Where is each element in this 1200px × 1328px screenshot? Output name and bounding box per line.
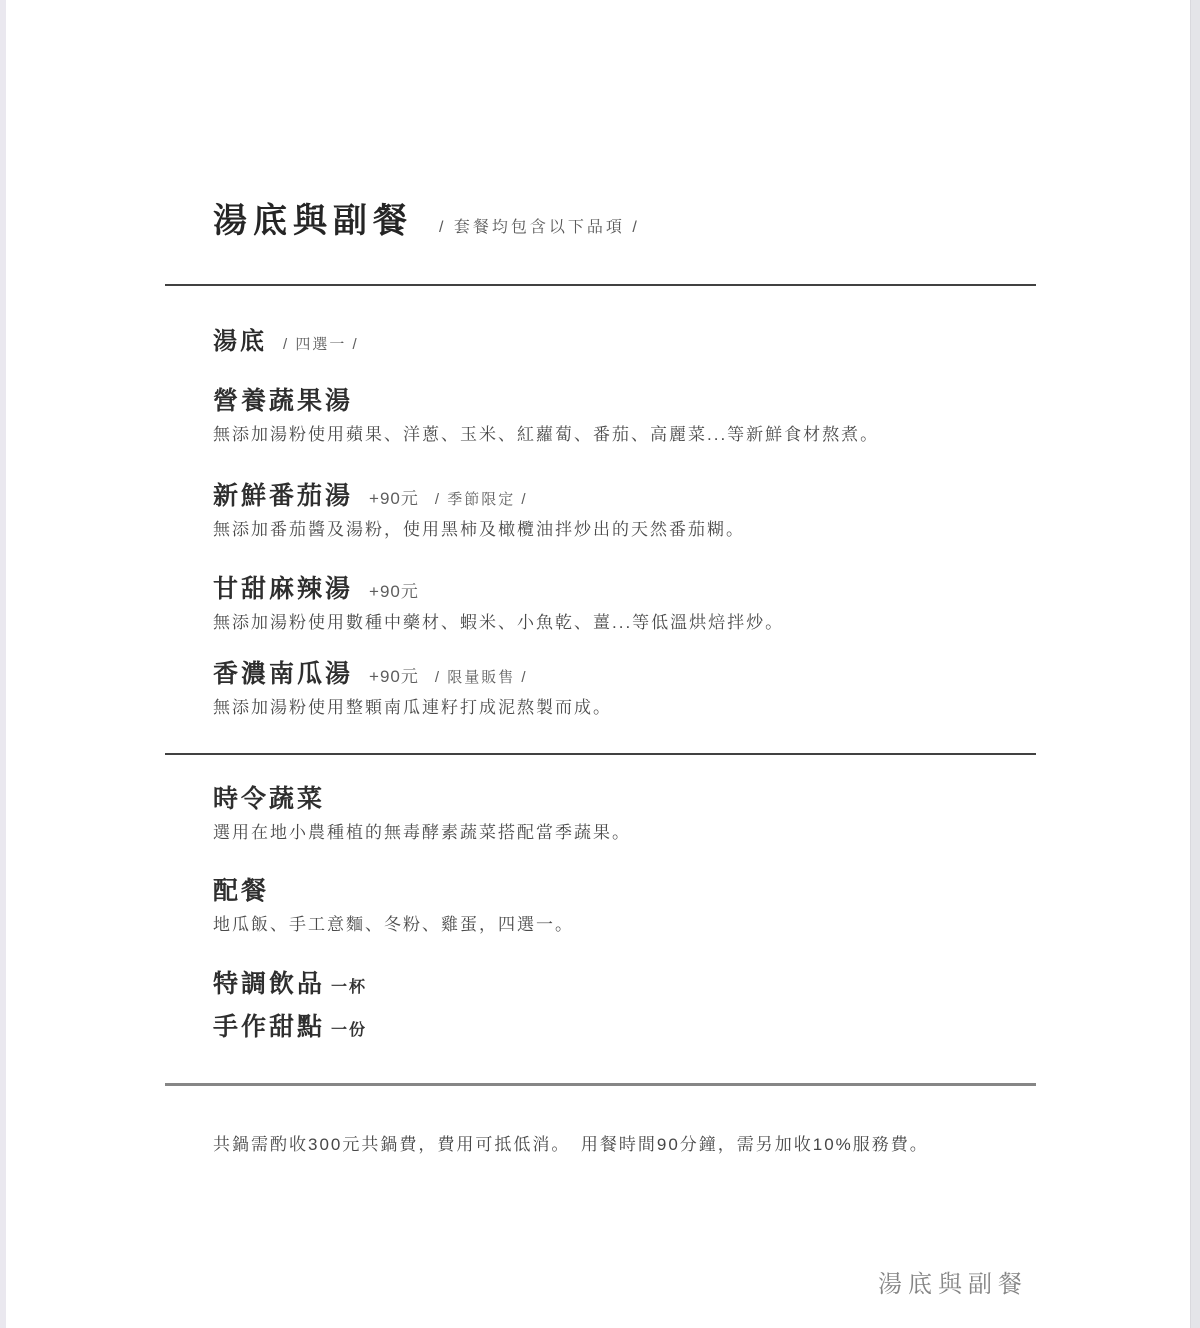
item-name-row: 手作甜點 一份 (213, 1011, 367, 1043)
item-price: +90元 (369, 662, 419, 687)
item-note: / 季節限定 / (435, 488, 528, 509)
soup-section-note: / 四選一 / (283, 333, 359, 354)
item-name: 香濃南瓜湯 (213, 658, 353, 690)
item-name: 手作甜點 (213, 1011, 325, 1043)
item-price: +90元 (369, 484, 419, 509)
menu-item-pumpkin-soup: 香濃南瓜湯 +90元 / 限量販售 / 無添加湯粉使用整顆南瓜連籽打成泥熬製而成… (213, 658, 612, 719)
item-description: 無添加湯粉使用整顆南瓜連籽打成泥熬製而成。 (213, 697, 612, 719)
divider-middle (165, 753, 1036, 755)
menu-page: 湯底與副餐 / 套餐均包含以下品項 / 湯底 / 四選一 / 營養蔬果湯 無添加… (0, 0, 1200, 1328)
item-name: 甘甜麻辣湯 (213, 573, 353, 605)
divider-top (165, 284, 1036, 286)
menu-item-side-dish: 配餐 地瓜飯、手工意麵、冬粉、雞蛋，四選一。 (213, 875, 574, 936)
item-unit: 一杯 (331, 974, 367, 997)
soup-section-heading-row: 湯底 / 四選一 / (213, 326, 359, 358)
divider-bottom (165, 1083, 1036, 1086)
item-name: 營養蔬果湯 (213, 385, 353, 417)
item-name: 新鮮番茄湯 (213, 480, 353, 512)
footer-note: 共鍋需酌收300元共鍋費，費用可抵低消。 用餐時間90分鐘，需另加收10%服務費… (213, 1130, 929, 1155)
page-edge-right (1190, 0, 1200, 1328)
item-description: 無添加湯粉使用蘋果、洋蔥、玉米、紅蘿蔔、番茄、高麗菜...等新鮮食材熬煮。 (213, 424, 879, 446)
item-name-row: 新鮮番茄湯 +90元 / 季節限定 / (213, 480, 745, 512)
item-name-row: 時令蔬菜 (213, 783, 631, 815)
item-name-row: 特調飲品 一杯 (213, 968, 367, 1000)
page-title-note: / 套餐均包含以下品項 / (439, 214, 640, 237)
menu-item-spicy-soup: 甘甜麻辣湯 +90元 無添加湯粉使用數種中藥材、蝦米、小魚乾、薑...等低溫烘焙… (213, 573, 784, 634)
item-price: +90元 (369, 577, 419, 602)
page-title-row: 湯底與副餐 / 套餐均包含以下品項 / (213, 198, 640, 244)
item-description: 無添加湯粉使用數種中藥材、蝦米、小魚乾、薑...等低溫烘焙拌炒。 (213, 612, 784, 634)
item-name-row: 營養蔬果湯 (213, 385, 879, 417)
item-name-row: 甘甜麻辣湯 +90元 (213, 573, 784, 605)
menu-item-handmade-dessert: 手作甜點 一份 (213, 1011, 367, 1043)
menu-item-tomato-soup: 新鮮番茄湯 +90元 / 季節限定 / 無添加番茄醬及湯粉，使用黑柿及橄欖油拌炒… (213, 480, 745, 541)
page-edge-left (0, 0, 6, 1328)
item-name: 配餐 (213, 875, 269, 907)
page-title: 湯底與副餐 (213, 198, 413, 244)
menu-item-vegetable-fruit-soup: 營養蔬果湯 無添加湯粉使用蘋果、洋蔥、玉米、紅蘿蔔、番茄、高麗菜...等新鮮食材… (213, 385, 879, 446)
item-unit: 一份 (331, 1017, 367, 1040)
item-name-row: 香濃南瓜湯 +90元 / 限量販售 / (213, 658, 612, 690)
item-description: 地瓜飯、手工意麵、冬粉、雞蛋，四選一。 (213, 914, 574, 936)
soup-section-heading: 湯底 (213, 326, 267, 358)
item-description: 選用在地小農種植的無毒酵素蔬菜搭配當季蔬果。 (213, 822, 631, 844)
item-name-row: 配餐 (213, 875, 574, 907)
page-label: 湯底與副餐 (878, 1264, 1028, 1299)
item-note: / 限量販售 / (435, 666, 528, 687)
item-name: 時令蔬菜 (213, 783, 325, 815)
menu-item-special-drink: 特調飲品 一杯 (213, 968, 367, 1000)
menu-item-seasonal-vegetables: 時令蔬菜 選用在地小農種植的無毒酵素蔬菜搭配當季蔬果。 (213, 783, 631, 844)
item-description: 無添加番茄醬及湯粉，使用黑柿及橄欖油拌炒出的天然番茄糊。 (213, 519, 745, 541)
item-name: 特調飲品 (213, 968, 325, 1000)
